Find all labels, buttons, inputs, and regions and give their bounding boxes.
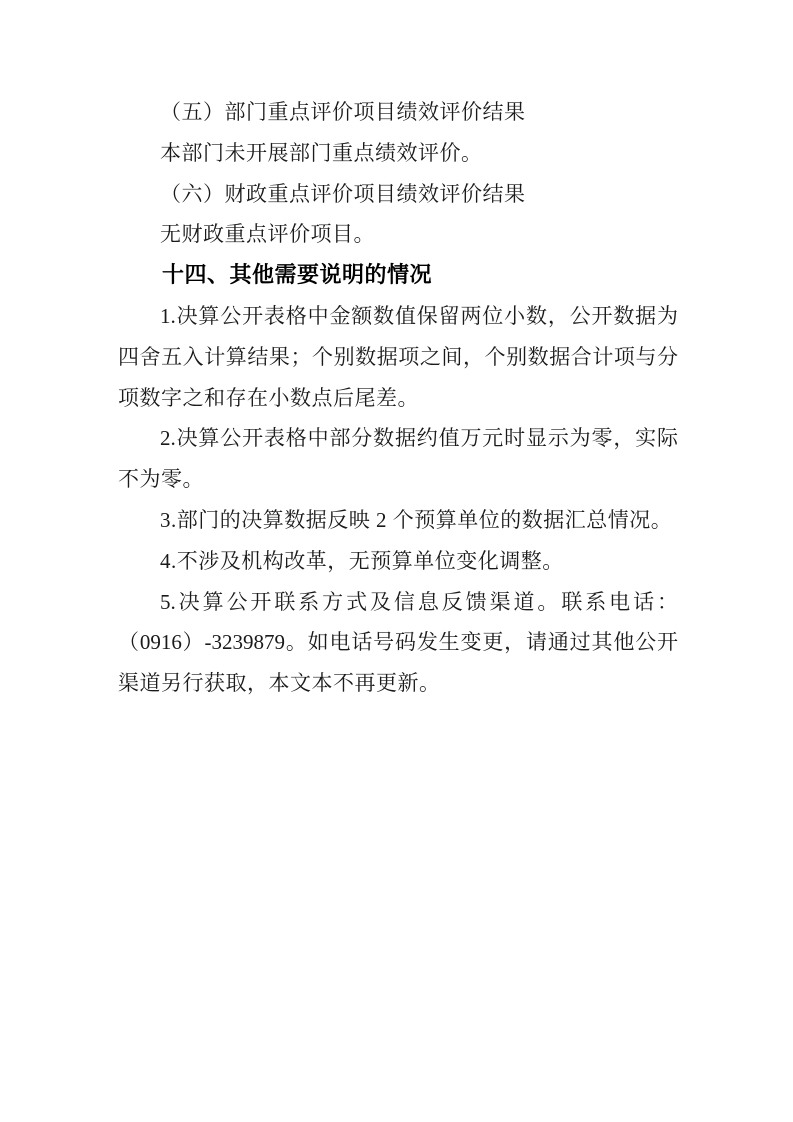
subsection-heading-6: （六）财政重点评价项目绩效评价结果 (118, 174, 678, 215)
note-5-line: 5.决算公开联系方式及信息反馈渠道。联系电话： (118, 582, 678, 623)
note-2-line: 不为零。 (118, 459, 678, 500)
section-heading-14: 十四、其他需要说明的情况 (118, 255, 678, 296)
document-page: （五）部门重点评价项目绩效评价结果 本部门未开展部门重点绩效评价。 （六）财政重… (0, 0, 793, 1122)
note-4-line: 4.不涉及机构改革，无预算单位变化调整。 (118, 541, 678, 582)
paragraph-line: 无财政重点评价项目。 (118, 214, 678, 255)
note-2-line: 2.决算公开表格中部分数据约值万元时显示为零，实际 (118, 418, 678, 459)
note-5-line: （0916）-3239879。如电话号码发生变更，请通过其他公开 (118, 622, 678, 663)
note-1-line: 项数字之和存在小数点后尾差。 (118, 378, 678, 419)
paragraph-line: 本部门未开展部门重点绩效评价。 (118, 133, 678, 174)
note-5-line: 渠道另行获取，本文本不再更新。 (118, 663, 678, 704)
note-1-line: 1.决算公开表格中金额数值保留两位小数，公开数据为 (118, 296, 678, 337)
note-1-line: 四舍五入计算结果；个别数据项之间，个别数据合计项与分 (118, 337, 678, 378)
document-text-block: （五）部门重点评价项目绩效评价结果 本部门未开展部门重点绩效评价。 （六）财政重… (118, 92, 678, 704)
subsection-heading-5: （五）部门重点评价项目绩效评价结果 (118, 92, 678, 133)
note-3-line: 3.部门的决算数据反映 2 个预算单位的数据汇总情况。 (118, 500, 678, 541)
